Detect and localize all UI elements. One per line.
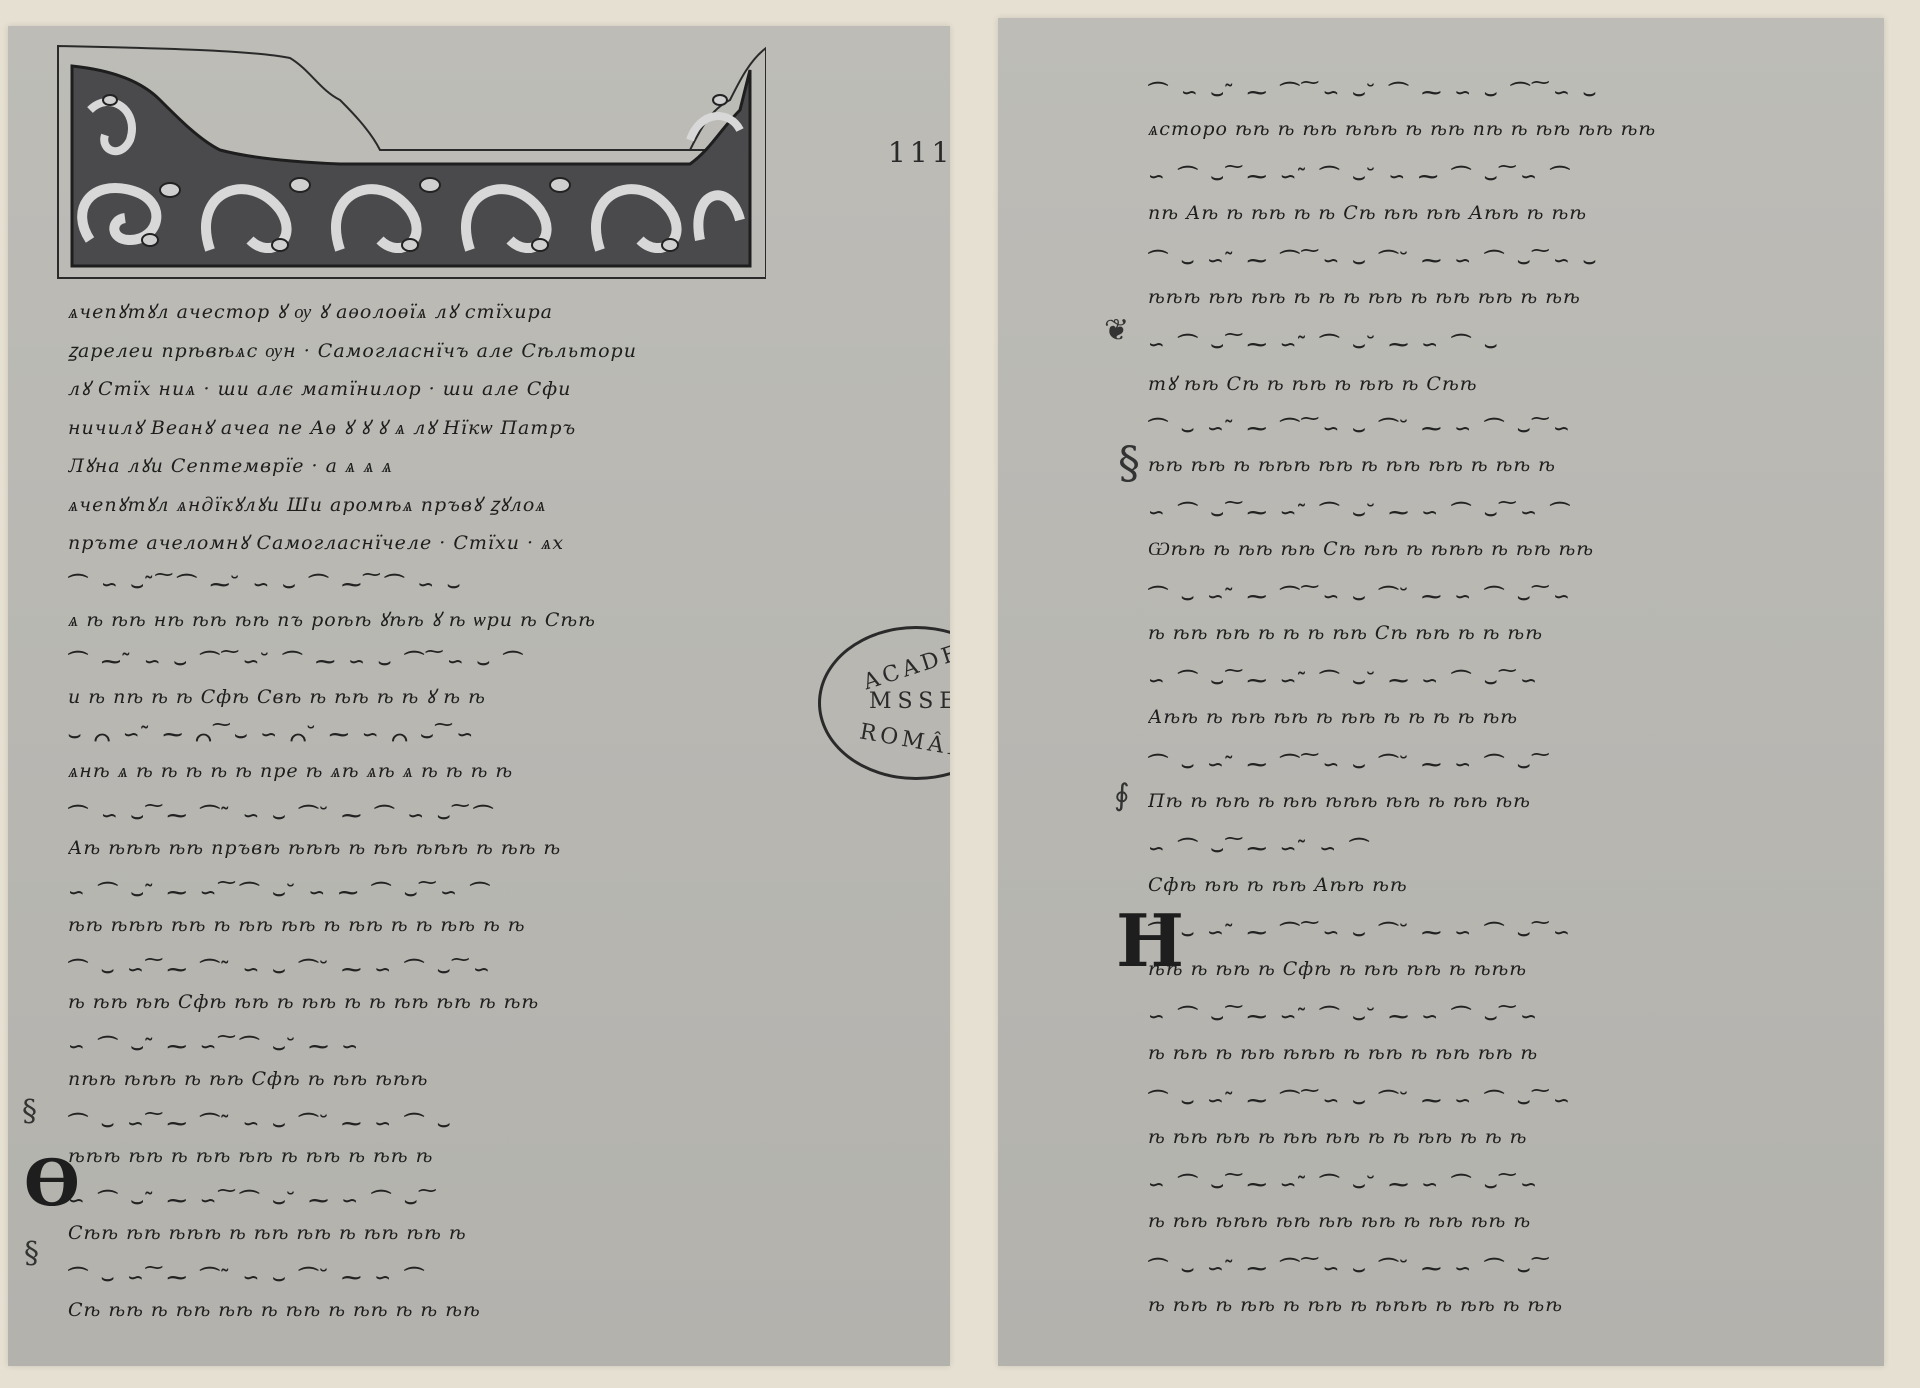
neume-notation-line: ∽ ⌒ ⌣ ͠ ⁓ ∽ ̃ ⌒ ⌣ ̆ ∽ ⁓ ⌒ ⌣ ͠ ∽ ⌒ [1148, 160, 1868, 189]
chant-text-line: Сфѣ ѣѣ ѣ ѣѣ Аѣѣ ѣѣ [1148, 874, 1868, 896]
chant-text-line: ѣ ѣѣ ѣѣѣ ѣѣ ѣѣ ѣѣ ѣ ѣѣ ѣѣ ѣ [1148, 1210, 1868, 1232]
neume-notation-line: ∽ ⌒ ⌣ ͠ ⁓ ∽ ̃ ⌒ ⌣ ̆ ⁓ ∽ ⌒ ⌣ ͠ ∽ [1148, 1168, 1868, 1197]
chant-text-line: тꙋ ѣѣ Сѣ ѣ ѣѣ ѣ ѣѣ ѣ Сѣѣ [1148, 370, 1868, 396]
stamp-line-2: MSSE [869, 689, 950, 714]
margin-flourish-icon: ❦ [1104, 313, 1129, 348]
neume-notation-line: ∽ ⌒ ⌣ ͠ ⁓ ∽ ̃ ⌒ ⌣ ̆ ⁓ ∽ ⌒ ⌣ [1148, 328, 1868, 357]
neume-notation-line: ⌒ ⌣ ∽ ̃ ⁓ ⌒ ͠ ∽ ⌣ ⌒ ̆ ⁓ ∽ ⌒ ⌣ ͠ ∽ ⌣ [1148, 244, 1868, 273]
chant-text-line: ѧсторо ѣѣ ѣ ѣѣ ѣѣѣ ѣ ѣѣ пѣ ѣ ѣѣ ѣѣ ѣѣ [1148, 118, 1868, 141]
neume-notation-line: ⌒ ⌣ ∽ ̃ ⁓ ⌒ ͠ ∽ ⌣ ⌒ ̆ ⁓ ∽ ⌒ ⌣ ͠ ∽ [1148, 916, 1868, 945]
neume-notation-line: ⌒ ⌣ ∽ ̃ ⁓ ⌒ ͠ ∽ ⌣ ⌒ ̆ ⁓ ∽ ⌒ ⌣ ͠ ∽ [1148, 580, 1868, 609]
stamp-line-3: ROMÂN [858, 719, 950, 763]
left-manuscript-page: 111 ѧчепꙋтꙋл ачестор ꙋ ѹ ꙋ аѳолоѳїѧ лꙋ с… [8, 26, 950, 1366]
stamp-line-1: ACADEM [860, 632, 950, 696]
chant-text-line: Ѡѣѣ ѣ ѣѣ ѣѣ Сѣ ѣѣ ѣ ѣѣѣ ѣ ѣѣ ѣѣ [1148, 538, 1868, 561]
chant-text-line: Пѣ ѣ ѣѣ ѣ ѣѣ ѣѣѣ ѣѣ ѣ ѣѣ ѣѣ [1148, 790, 1868, 812]
margin-flourish-icon: ∮ [1114, 778, 1130, 813]
neume-notation-line: ∽ ⌒ ⌣ ͠ ⁓ ∽ ̃ ⌒ ⌣ ̆ ⁓ ∽ ⌒ ⌣ ͠ ∽ ⌒ [1148, 496, 1868, 525]
neume-notation-line: ⌒ ⌣ ∽ ̃ ⁓ ⌒ ͠ ∽ ⌣ ⌒ ̆ ⁓ ∽ ⌒ ⌣ ͠ ∽ [1148, 1084, 1868, 1113]
chant-text-line: ѣ ѣѣ ѣѣ ѣ ѣѣ ѣѣ ѣ ѣ ѣѣ ѣ ѣ ѣ [1148, 1126, 1868, 1148]
neume-notation-line: ∽ ⌒ ⌣ ͠ ⁓ ∽ ̃ ∽ ⌒ [1148, 832, 1868, 861]
chant-text-line: ѣ ѣѣ ѣѣ ѣ ѣ ѣ ѣѣ Сѣ ѣѣ ѣ ѣ ѣѣ [1148, 622, 1868, 644]
neume-notation-line: ⌒ ∽ ⌣ ̃ ⁓ ⌒ ͠ ∽ ⌣ ̆ ⌒ ⁓ ∽ ⌣ ⌒ ͠ ∽ ⌣ [1148, 76, 1868, 105]
right-manuscript-page: ⌒ ∽ ⌣ ̃ ⁓ ⌒ ͠ ∽ ⌣ ̆ ⌒ ⁓ ∽ ⌣ ⌒ ͠ ∽ ⌣ѧстор… [998, 18, 1884, 1366]
chant-text-line: Аѣѣ ѣ ѣѣ ѣѣ ѣ ѣѣ ѣ ѣ ѣ ѣ ѣѣ [1148, 706, 1868, 728]
neume-notation-line: ∽ ⌒ ⌣ ͠ ⁓ ∽ ̃ ⌒ ⌣ ̆ ⁓ ∽ ⌒ ⌣ ͠ ∽ [1148, 1000, 1868, 1029]
neume-notation-line: ⌒ ⌣ ∽ ̃ ⁓ ⌒ ͠ ∽ ⌣ ⌒ ̆ ⁓ ∽ ⌒ ⌣ ͠ [1148, 748, 1868, 777]
library-stamp: ACADEM MSSE ROMÂN [818, 626, 950, 780]
chant-text-line: ѣѣ ѣѣ ѣ ѣѣѣ ѣѣ ѣ ѣѣ ѣѣ ѣ ѣѣ ѣ [1148, 454, 1868, 476]
neume-notation-line: ∽ ⌒ ⌣ ͠ ⁓ ∽ ̃ ⌒ ⌣ ̆ ⁓ ∽ ⌒ ⌣ ͠ ∽ [1148, 664, 1868, 693]
margin-ornament-icon: § [1118, 438, 1140, 489]
neume-notation-line: ⌒ ⌣ ∽ ̃ ⁓ ⌒ ͠ ∽ ⌣ ⌒ ̆ ⁓ ∽ ⌒ ⌣ ͠ ∽ [1148, 412, 1868, 441]
neume-notation-line: ⌒ ⌣ ∽ ̃ ⁓ ⌒ ͠ ∽ ⌣ ⌒ ̆ ⁓ ∽ ⌒ ⌣ ͠ [1148, 1252, 1868, 1281]
chant-text-line: ѣѣѣ ѣѣ ѣѣ ѣ ѣ ѣ ѣѣ ѣ ѣѣ ѣѣ ѣ ѣѣ [1148, 286, 1868, 308]
stamp-clip: ACADEM MSSE ROMÂN [8, 26, 950, 1366]
chant-text-line: ѣ ѣѣ ѣ ѣѣ ѣѣѣ ѣ ѣѣ ѣ ѣѣ ѣѣ ѣ [1148, 1042, 1868, 1064]
chant-text-line: ѣ ѣѣ ѣ ѣѣ ѣ ѣѣ ѣ ѣѣѣ ѣ ѣѣ ѣ ѣѣ [1148, 1294, 1868, 1316]
decorated-initial-letter: Н [1116, 898, 1184, 983]
chant-text-line: ѣѣ ѣ ѣѣ ѣ Сфѣ ѣ ѣѣ ѣѣ ѣ ѣѣѣ [1148, 958, 1868, 980]
chant-text-line: пѣ Аѣ ѣ ѣѣ ѣ ѣ Сѣ ѣѣ ѣѣ Аѣѣ ѣ ѣѣ [1148, 202, 1868, 224]
